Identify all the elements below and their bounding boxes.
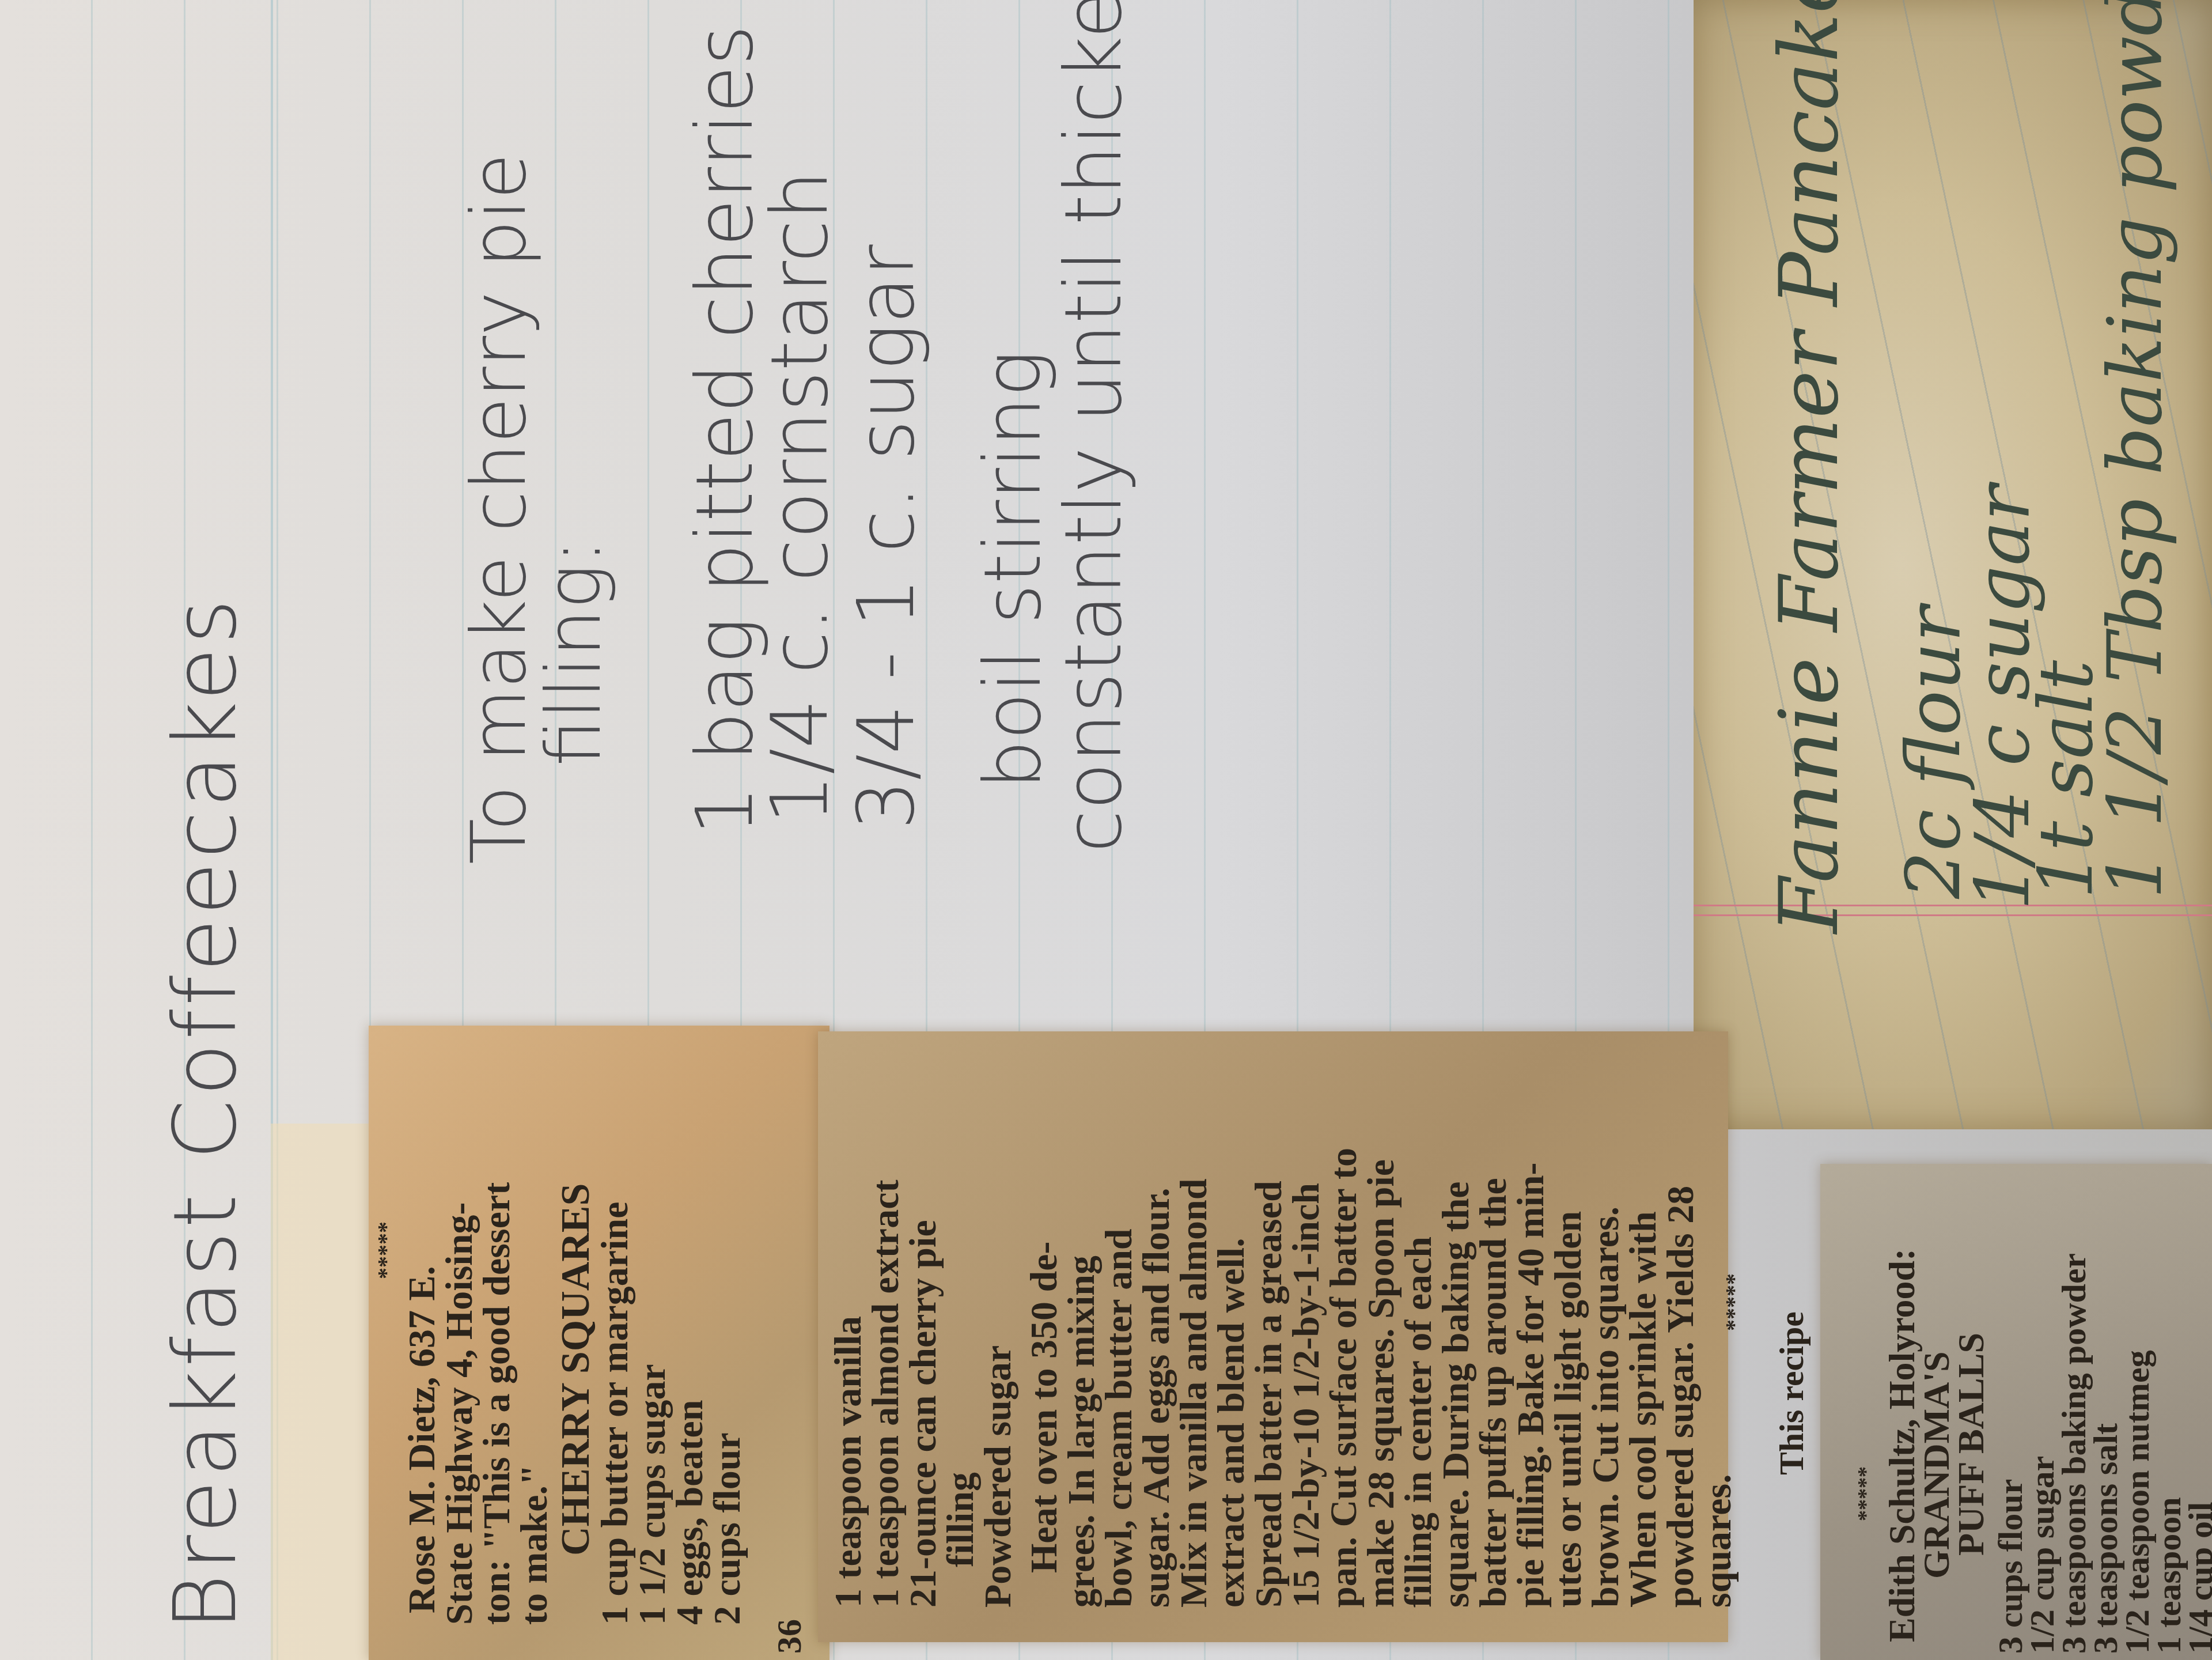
- clip-ingredient: 1/2 cup sugar: [2025, 1456, 2059, 1654]
- page-number-fragment: 36: [772, 1619, 806, 1654]
- clipping-puff-balls: ***** Edith Schultz, Holyrood: GRANDMA'S…: [1820, 1164, 2212, 1660]
- clip-direction-line: squares.: [1699, 1474, 1737, 1608]
- recipe-card-pancakes: Fannie Farmer Pancakes 2c flour 1/4 c su…: [1694, 0, 2212, 1129]
- section-title: Breakfast Coffeecakes: [156, 596, 256, 1631]
- clip-direction-line: When cool sprinkle with: [1624, 1211, 1662, 1608]
- clip-ingredient: filling: [942, 1472, 980, 1567]
- clip-title: CHERRY SQUARES: [556, 1183, 596, 1556]
- clip-separator: *****: [374, 1222, 397, 1279]
- clip-direction-line: extract and blend well.: [1213, 1238, 1251, 1608]
- clip-intro-line: Rose M. Dietz, 637 E.: [403, 1266, 441, 1613]
- clip-direction-line: square. During baking the: [1437, 1181, 1475, 1608]
- clip-trailing-text: This recipe: [1774, 1311, 1809, 1475]
- clip-ingredient: 1 1/2 cups sugar: [634, 1364, 672, 1625]
- note-line: filling:: [530, 539, 618, 766]
- clip-direction-line: pie filling. Bake for 40 min-: [1512, 1163, 1550, 1608]
- clip-direction-line: filling in center of each: [1400, 1237, 1438, 1608]
- note-line: constantly until thickened: [1048, 0, 1139, 853]
- clip-ingredient: 3 cups flour: [1993, 1479, 2028, 1654]
- clip-direction-line: pan. Cut surface of batter to: [1325, 1148, 1363, 1608]
- clip-direction-line: make 28 squares. Spoon pie: [1362, 1159, 1400, 1608]
- clip-direction-line: utes or until light golden: [1550, 1211, 1588, 1608]
- clipping-cherry-squares-directions: 1 teaspoon vanilla 1 teaspoon almond ext…: [818, 1031, 1728, 1642]
- clip-intro-line: to make.": [516, 1464, 554, 1625]
- clip-ingredient: Powdered sugar: [979, 1345, 1017, 1608]
- clip-ingredient: 1/2 teaspoon nutmeg: [2120, 1350, 2154, 1654]
- clip-direction-line: 15 1/2-by-10 1/2-by-1-inch: [1287, 1183, 1325, 1608]
- clip-ingredient: 3 teaspoons baking powder: [2056, 1253, 2091, 1654]
- clip-ingredient: 21-ounce can cherry pie: [904, 1220, 942, 1608]
- clip-direction-line: powdered sugar. Yields 28: [1662, 1186, 1700, 1608]
- clip-intro-line: ton: "This is a good dessert: [478, 1182, 516, 1625]
- clip-direction-line: Spread batter in a greased: [1250, 1181, 1288, 1608]
- clipping-cherry-squares: ***** Rose M. Dietz, 637 E. State Highwa…: [369, 1026, 829, 1660]
- note-line: 1/4 c. cornstarch: [755, 171, 845, 824]
- clip-separator: *****: [1855, 1466, 1877, 1521]
- clip-ingredient: 2 cups flour: [709, 1432, 747, 1625]
- clip-title: GRANDMA'S: [1918, 1351, 1955, 1579]
- clip-direction-line: brown. Cut into squares.: [1587, 1207, 1625, 1608]
- clip-byline: Edith Schultz, Holyrood:: [1884, 1249, 1921, 1642]
- clip-ingredient: 1/4 cup oil: [2183, 1502, 2212, 1654]
- card-title: Fannie Farmer Pancakes: [1763, 0, 1857, 933]
- clip-ingredient: 1 teaspoon almond extract: [867, 1180, 905, 1608]
- note-line: 3/4 - 1 c. sugar: [841, 244, 931, 830]
- clip-end-separator: *****: [1722, 1273, 1745, 1331]
- clip-direction-line: Mix in vanilla and almond: [1175, 1178, 1213, 1608]
- clip-ingredient: 3 teaspoons salt: [2088, 1423, 2123, 1654]
- clip-ingredient: 4 eggs, beaten: [671, 1400, 709, 1625]
- clip-direction-line: sugar. Add eggs and flour.: [1138, 1188, 1176, 1608]
- clip-ingredient: 1 teaspoon vanilla: [829, 1316, 868, 1608]
- clip-direction-line: Heat oven to 350 de-: [1025, 1241, 1063, 1573]
- clip-direction-line: batter puffs up around the: [1475, 1178, 1513, 1608]
- clip-ingredient: 1 teaspoon: [2152, 1497, 2186, 1654]
- clip-intro-line: State Highway 4, Hoising-: [441, 1203, 479, 1625]
- card-line: 1 1/2 Tbsp baking powder: [2091, 0, 2179, 899]
- clip-direction-line: bowl, cream butter and: [1100, 1228, 1138, 1608]
- note-line: boil stirring: [968, 350, 1058, 789]
- clip-direction-line: grees. In large mixing: [1063, 1256, 1101, 1608]
- clip-title: PUFF BALLS: [1953, 1333, 1990, 1556]
- clip-ingredient: 1 cup butter or margarine: [596, 1202, 634, 1625]
